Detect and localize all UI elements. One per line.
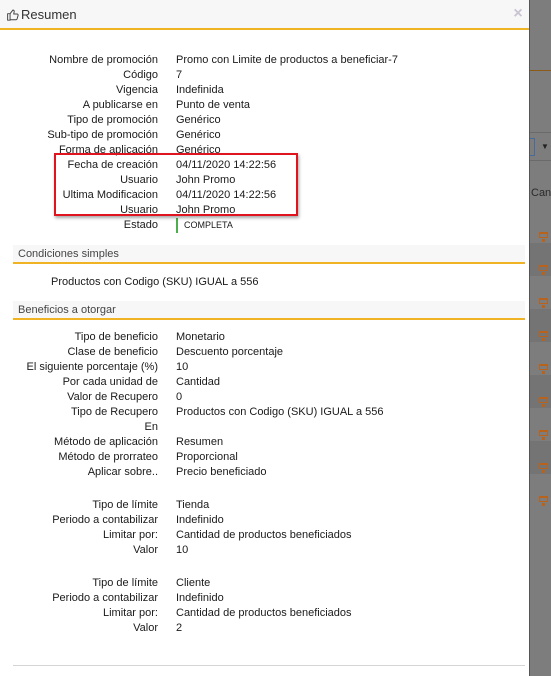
- detail-row: Método de aplicaciónResumen: [0, 435, 529, 450]
- detail-row: Código7: [0, 68, 529, 83]
- detail-label: Método de prorrateo: [58, 450, 158, 465]
- detail-row: El siguiente porcentaje (%)10: [0, 360, 529, 375]
- background-row: [530, 309, 551, 342]
- monitor-icon: [539, 496, 548, 502]
- detail-label: Tipo de Recupero: [71, 405, 158, 420]
- background-row: [530, 375, 551, 408]
- detail-value: Cantidad de productos beneficiados: [176, 606, 352, 621]
- detail-row: EstadoCOMPLETA: [0, 218, 529, 233]
- background-divider: [530, 70, 551, 71]
- detail-value: Cantidad de productos beneficiados: [176, 528, 352, 543]
- detail-value: Cantidad: [176, 375, 220, 390]
- background-divider: [530, 160, 551, 161]
- detail-label: En: [145, 420, 158, 435]
- detail-label: Limitar por:: [103, 528, 158, 543]
- detail-row: A publicarse enPunto de venta: [0, 98, 529, 113]
- detail-row: En: [0, 420, 529, 435]
- background-select: [530, 138, 535, 156]
- detail-label: Tipo de promoción: [67, 113, 158, 128]
- detail-value: Tienda: [176, 498, 209, 513]
- monitor-icon: [539, 430, 548, 436]
- detail-value: Precio beneficiado: [176, 465, 267, 480]
- detail-value: Indefinido: [176, 513, 224, 528]
- detail-row: Limitar por:Cantidad de productos benefi…: [0, 528, 529, 543]
- detail-label: Estado: [124, 218, 158, 233]
- detail-row: Tipo de promociónGenérico: [0, 113, 529, 128]
- close-icon[interactable]: ×: [507, 4, 529, 24]
- detail-label: Nombre de promoción: [49, 53, 158, 68]
- detail-label: Valor: [133, 621, 158, 636]
- detail-value: 0: [176, 390, 182, 405]
- detail-value: 10: [176, 543, 188, 558]
- detail-row: Valor10: [0, 543, 529, 558]
- benefits-list: Tipo de beneficioMonetarioClase de benef…: [0, 330, 529, 480]
- detail-row: Nombre de promociónPromo con Limite de p…: [0, 53, 529, 68]
- monitor-icon: [539, 265, 548, 271]
- detail-label: A publicarse en: [83, 98, 158, 113]
- condition-text: Productos con Codigo (SKU) IGUAL a 556: [51, 276, 258, 288]
- monitor-icon: [539, 397, 548, 403]
- background-row: [530, 243, 551, 276]
- monitor-icon: [539, 364, 548, 370]
- detail-row: Sub-tipo de promociónGenérico: [0, 128, 529, 143]
- detail-label: Periodo a contabilizar: [52, 513, 158, 528]
- detail-label: Tipo de límite: [92, 498, 158, 513]
- detail-value: Descuento porcentaje: [176, 345, 283, 360]
- detail-row: VigenciaIndefinida: [0, 83, 529, 98]
- detail-label: Método de aplicación: [54, 435, 158, 450]
- benefits-section-header: Beneficios a otorgar: [13, 301, 525, 320]
- detail-row: Por cada unidad deCantidad: [0, 375, 529, 390]
- detail-label: Vigencia: [116, 83, 158, 98]
- background-divider: [530, 132, 551, 133]
- status-badge: COMPLETA: [176, 218, 233, 233]
- detail-row: Tipo de límiteTienda: [0, 498, 529, 513]
- detail-label: Tipo de límite: [92, 576, 158, 591]
- thumbs-up-icon: [6, 8, 19, 21]
- detail-row: Limitar por:Cantidad de productos benefi…: [0, 606, 529, 621]
- limit-block: Tipo de límiteClientePeriodo a contabili…: [0, 576, 529, 636]
- detail-row: Aplicar sobre..Precio beneficiado: [0, 465, 529, 480]
- detail-row: Tipo de límiteCliente: [0, 576, 529, 591]
- modal-title: Resumen: [6, 7, 77, 22]
- detail-row: Clase de beneficioDescuento porcentaje: [0, 345, 529, 360]
- detail-value: Genérico: [176, 128, 221, 143]
- detail-label: Tipo de beneficio: [75, 330, 158, 345]
- detail-label: Sub-tipo de promoción: [47, 128, 158, 143]
- detail-value: 2: [176, 621, 182, 636]
- detail-label: Valor de Recupero: [67, 390, 158, 405]
- chevron-down-icon: ▼: [541, 142, 549, 151]
- detail-value: 10: [176, 360, 188, 375]
- detail-value: Punto de venta: [176, 98, 250, 113]
- detail-row: Periodo a contabilizarIndefinido: [0, 591, 529, 606]
- detail-value: Resumen: [176, 435, 223, 450]
- detail-value: Genérico: [176, 113, 221, 128]
- monitor-icon: [539, 463, 548, 469]
- detail-value: Productos con Codigo (SKU) IGUAL a 556: [176, 405, 383, 420]
- detail-row: Método de prorrateoProporcional: [0, 450, 529, 465]
- detail-value: Indefinida: [176, 83, 224, 98]
- detail-value: Cliente: [176, 576, 210, 591]
- detail-label: Clase de beneficio: [67, 345, 158, 360]
- detail-value: Monetario: [176, 330, 225, 345]
- detail-label: Aplicar sobre..: [88, 465, 158, 480]
- summary-modal: Resumen × Nombre de promociónPromo con L…: [0, 0, 530, 676]
- detail-value: Promo con Limite de productos a benefici…: [176, 53, 398, 68]
- detail-row: Valor2: [0, 621, 529, 636]
- detail-value: 7: [176, 68, 182, 83]
- detail-label: El siguiente porcentaje (%): [27, 360, 158, 375]
- detail-label: Valor: [133, 543, 158, 558]
- monitor-icon: [539, 232, 548, 238]
- detail-row: Periodo a contabilizarIndefinido: [0, 513, 529, 528]
- detail-value: Indefinido: [176, 591, 224, 606]
- background-row: [530, 441, 551, 474]
- detail-label: Por cada unidad de: [63, 375, 158, 390]
- conditions-section-header: Condiciones simples: [13, 245, 525, 264]
- detail-label: Periodo a contabilizar: [52, 591, 158, 606]
- detail-label: Código: [123, 68, 158, 83]
- monitor-icon: [539, 298, 548, 304]
- monitor-icon: [539, 331, 548, 337]
- detail-row: Valor de Recupero0: [0, 390, 529, 405]
- detail-label: Limitar por:: [103, 606, 158, 621]
- detail-value: Proporcional: [176, 450, 238, 465]
- background-text: Can: [531, 187, 551, 199]
- modal-header: Resumen ×: [0, 0, 529, 30]
- limit-block: Tipo de límiteTiendaPeriodo a contabiliz…: [0, 498, 529, 558]
- modal-title-text: Resumen: [21, 7, 77, 22]
- footer-divider: [13, 665, 525, 666]
- highlight-annotation: [54, 153, 298, 216]
- detail-row: Tipo de beneficioMonetario: [0, 330, 529, 345]
- detail-row: Tipo de RecuperoProductos con Codigo (SK…: [0, 405, 529, 420]
